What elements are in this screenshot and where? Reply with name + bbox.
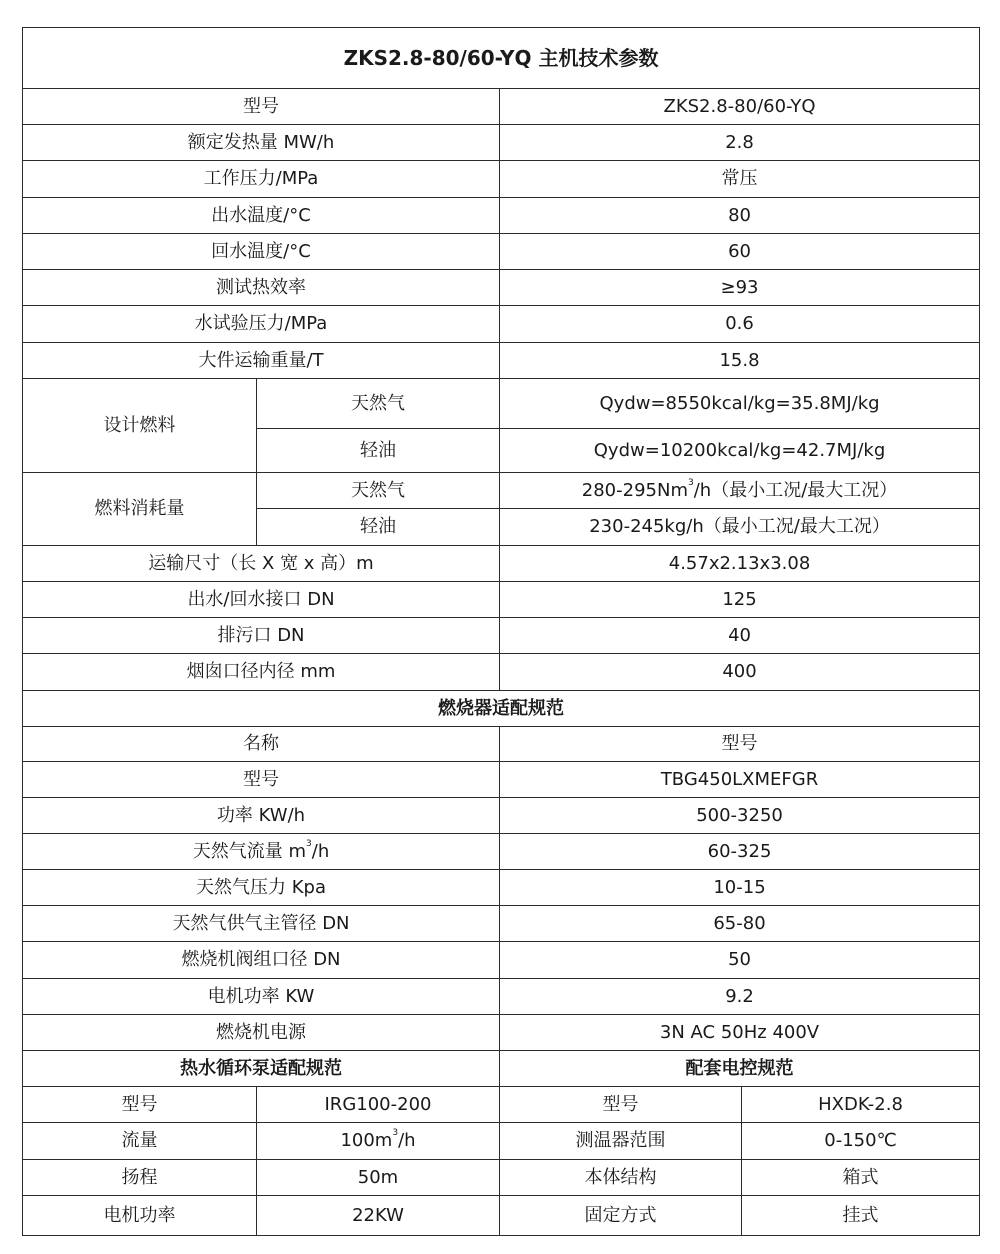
control-value: 挂式 — [742, 1196, 980, 1236]
fuel-type: 轻油 — [257, 509, 500, 546]
spec-value: 2.8 — [500, 125, 980, 161]
consumption-value: 230-245kg/h（最小工况/最大工况） — [500, 509, 980, 546]
burner-label: 天然气压力 Kpa — [23, 870, 500, 906]
control-value: HXDK-2.8 — [742, 1087, 980, 1123]
fuel-value: Qydw=10200kcal/kg=42.7MJ/kg — [500, 429, 980, 473]
control-value: 0-150℃ — [742, 1123, 980, 1160]
spec-label: 出水温度/°C — [23, 198, 500, 234]
pump-control-row: 电机功率 22KW 固定方式 挂式 — [23, 1196, 980, 1236]
spec-row: 出水/回水接口 DN 125 — [23, 582, 980, 618]
spec-label: 额定发热量 MW/h — [23, 125, 500, 161]
consumption-value-text: /h（最小工况/最大工况） — [694, 480, 898, 501]
burner-value: 500-3250 — [500, 798, 980, 834]
spec-value: 常压 — [500, 161, 980, 198]
control-label: 本体结构 — [500, 1160, 742, 1196]
spec-value: ZKS2.8-80/60-YQ — [500, 89, 980, 125]
spec-value: 125 — [500, 582, 980, 618]
spec-label: 工作压力/MPa — [23, 161, 500, 198]
spec-value: 4.57x2.13x3.08 — [500, 546, 980, 582]
control-label: 测温器范围 — [500, 1123, 742, 1160]
burner-row: 电机功率 KW 9.2 — [23, 979, 980, 1015]
burner-value: TBG450LXMEFGR — [500, 762, 980, 798]
burner-value: 65-80 — [500, 906, 980, 942]
spec-label: 水试验压力/MPa — [23, 306, 500, 343]
column-header-model: 型号 — [500, 727, 980, 762]
design-fuel-row: 设计燃料 天然气 Qydw=8550kcal/kg=35.8MJ/kg — [23, 379, 980, 429]
fuel-type: 轻油 — [257, 429, 500, 473]
spec-label: 出水/回水接口 DN — [23, 582, 500, 618]
burner-row: 型号 TBG450LXMEFGR — [23, 762, 980, 798]
spec-value: 15.8 — [500, 343, 980, 379]
spec-row: 运输尺寸（长 X 宽 x 高）m 4.57x2.13x3.08 — [23, 546, 980, 582]
spec-row: 大件运输重量/T 15.8 — [23, 343, 980, 379]
column-header-name: 名称 — [23, 727, 500, 762]
burner-label-text: 天然气流量 m — [193, 841, 306, 862]
pump-label: 电机功率 — [23, 1196, 257, 1236]
spec-row: 型号 ZKS2.8-80/60-YQ — [23, 89, 980, 125]
pump-heading: 热水循环泵适配规范 — [23, 1051, 500, 1087]
pump-label: 型号 — [23, 1087, 257, 1123]
control-label: 型号 — [500, 1087, 742, 1123]
burner-row: 天然气供气主管径 DN 65-80 — [23, 906, 980, 942]
burner-label: 天然气流量 m3/h — [23, 834, 500, 870]
burner-value: 60-325 — [500, 834, 980, 870]
burner-row: 燃烧机电源 3N AC 50Hz 400V — [23, 1015, 980, 1051]
burner-label: 天然气供气主管径 DN — [23, 906, 500, 942]
pump-value: 50m — [257, 1160, 500, 1196]
spec-value: ≥93 — [500, 270, 980, 306]
burner-value: 3N AC 50Hz 400V — [500, 1015, 980, 1051]
burner-row: 功率 KW/h 500-3250 — [23, 798, 980, 834]
burner-col-header-row: 名称 型号 — [23, 727, 980, 762]
control-label: 固定方式 — [500, 1196, 742, 1236]
spec-row: 水试验压力/MPa 0.6 — [23, 306, 980, 343]
pump-label: 扬程 — [23, 1160, 257, 1196]
fuel-value: Qydw=8550kcal/kg=35.8MJ/kg — [500, 379, 980, 429]
pump-label: 流量 — [23, 1123, 257, 1160]
spec-value: 80 — [500, 198, 980, 234]
design-fuel-label: 设计燃料 — [23, 379, 257, 473]
pump-value: 22KW — [257, 1196, 500, 1236]
burner-label: 型号 — [23, 762, 500, 798]
spec-row: 出水温度/°C 80 — [23, 198, 980, 234]
consumption-value-text: 280-295Nm — [582, 480, 688, 501]
pump-control-row: 型号 IRG100-200 型号 HXDK-2.8 — [23, 1087, 980, 1123]
burner-label: 燃烧机电源 — [23, 1015, 500, 1051]
pump-value: 100m3/h — [257, 1123, 500, 1160]
spec-row: 排污口 DN 40 — [23, 618, 980, 654]
burner-label-text: /h — [312, 841, 329, 862]
pump-value: IRG100-200 — [257, 1087, 500, 1123]
title-row: ZKS2.8-80/60-YQ 主机技术参数 — [23, 28, 980, 89]
pump-value-text: 100m — [340, 1130, 392, 1151]
spec-value: 60 — [500, 234, 980, 270]
spec-row: 测试热效率 ≥93 — [23, 270, 980, 306]
burner-value: 9.2 — [500, 979, 980, 1015]
control-value: 箱式 — [742, 1160, 980, 1196]
spec-label: 烟囱口径内径 mm — [23, 654, 500, 691]
spec-value: 400 — [500, 654, 980, 691]
pump-control-heading-row: 热水循环泵适配规范 配套电控规范 — [23, 1051, 980, 1087]
fuel-type: 天然气 — [257, 379, 500, 429]
spec-row: 工作压力/MPa 常压 — [23, 161, 980, 198]
burner-label: 燃烧机阀组口径 DN — [23, 942, 500, 979]
spec-label: 大件运输重量/T — [23, 343, 500, 379]
burner-row: 天然气压力 Kpa 10-15 — [23, 870, 980, 906]
superscript: 3 — [306, 839, 312, 849]
burner-label: 功率 KW/h — [23, 798, 500, 834]
burner-heading-row: 燃烧器适配规范 — [23, 691, 980, 727]
spec-value: 40 — [500, 618, 980, 654]
spec-label: 排污口 DN — [23, 618, 500, 654]
burner-row: 天然气流量 m3/h 60-325 — [23, 834, 980, 870]
spec-label: 运输尺寸（长 X 宽 x 高）m — [23, 546, 500, 582]
burner-label: 电机功率 KW — [23, 979, 500, 1015]
control-heading: 配套电控规范 — [500, 1051, 980, 1087]
burner-value: 10-15 — [500, 870, 980, 906]
pump-control-row: 流量 100m3/h 测温器范围 0-150℃ — [23, 1123, 980, 1160]
spec-table: ZKS2.8-80/60-YQ 主机技术参数 型号 ZKS2.8-80/60-Y… — [22, 27, 980, 1236]
superscript: 3 — [392, 1128, 398, 1138]
spec-row: 烟囱口径内径 mm 400 — [23, 654, 980, 691]
pump-value-text: /h — [398, 1130, 415, 1151]
burner-heading: 燃烧器适配规范 — [23, 691, 980, 727]
fuel-consumption-row: 燃料消耗量 天然气 280-295Nm3/h（最小工况/最大工况） — [23, 473, 980, 509]
consumption-value: 280-295Nm3/h（最小工况/最大工况） — [500, 473, 980, 509]
spec-label: 回水温度/°C — [23, 234, 500, 270]
table-title: ZKS2.8-80/60-YQ 主机技术参数 — [23, 28, 980, 89]
spec-row: 额定发热量 MW/h 2.8 — [23, 125, 980, 161]
fuel-consumption-label: 燃料消耗量 — [23, 473, 257, 546]
spec-label: 型号 — [23, 89, 500, 125]
pump-control-row: 扬程 50m 本体结构 箱式 — [23, 1160, 980, 1196]
fuel-type: 天然气 — [257, 473, 500, 509]
burner-row: 燃烧机阀组口径 DN 50 — [23, 942, 980, 979]
spec-row: 回水温度/°C 60 — [23, 234, 980, 270]
burner-value: 50 — [500, 942, 980, 979]
spec-label: 测试热效率 — [23, 270, 500, 306]
superscript: 3 — [688, 478, 694, 488]
spec-value: 0.6 — [500, 306, 980, 343]
